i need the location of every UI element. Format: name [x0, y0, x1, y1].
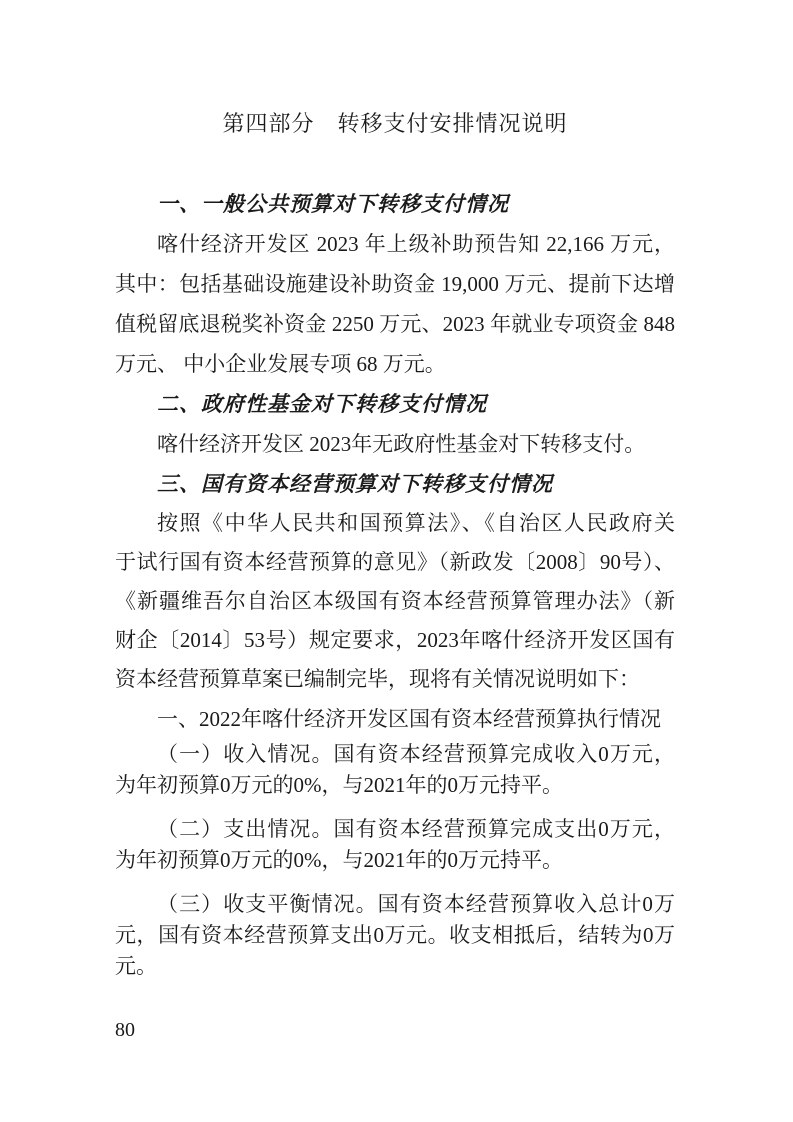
text-line: 其中：包括基础设施建设补助资金 19,000 万元、提前下达增 — [115, 264, 675, 304]
page-number: 80 — [115, 1018, 135, 1042]
paragraph-government-fund: 喀什经济开发区 2023年无政府性基金对下转移支付。 — [115, 424, 675, 464]
text-line: 资本经营预算草案已编制完毕，现将有关情况说明如下： — [115, 660, 675, 699]
text-line: 一、2022年喀什经济开发区国有资本经营预算执行情况 — [115, 699, 675, 739]
text-line: 万元、 中小企业发展专项 68 万元。 — [115, 344, 675, 384]
text-line: 元。 — [115, 951, 675, 982]
paragraph-state-capital-basis: 按照《中华人民共和国预算法》、《自治区人民政府关 于试行国有资本经营预算的意见》… — [115, 504, 675, 699]
text-line: （二）支出情况。国有资本经营预算完成支出0万元， — [115, 814, 675, 845]
paragraph-2022-execution-heading: 一、2022年喀什经济开发区国有资本经营预算执行情况 — [115, 699, 675, 739]
paragraph-general-public-budget: 喀什经济开发区 2023 年上级补助预告知 22,166 万元， 其中：包括基础… — [115, 224, 675, 384]
text-line: （一）收入情况。国有资本经营预算完成收入0万元， — [115, 739, 675, 770]
paragraph-balance-situation: （三）收支平衡情况。国有资本经营预算收入总计0万 元，国有资本经营预算支出0万元… — [115, 889, 675, 982]
heading-general-public-budget-transfer: 一、一般公共预算对下转移支付情况 — [115, 184, 675, 224]
document-page: 第四部分 转移支付安排情况说明 一、一般公共预算对下转移支付情况 喀什经济开发区… — [0, 0, 793, 1122]
document-title: 第四部分 转移支付安排情况说明 — [115, 110, 675, 140]
heading-government-fund-transfer: 二、政府性基金对下转移支付情况 — [115, 384, 675, 424]
text-line: 按照《中华人民共和国预算法》、《自治区人民政府关 — [115, 504, 675, 543]
text-line: 元，国有资本经营预算支出0万元。收支相抵后，结转为0万 — [115, 920, 675, 951]
text-line: 值税留底退税奖补资金 2250 万元、2023 年就业专项资金 848 — [115, 304, 675, 344]
text-line: 为年初预算0万元的0%，与2021年的0万元持平。 — [115, 845, 675, 876]
paragraph-income-situation: （一）收入情况。国有资本经营预算完成收入0万元， 为年初预算0万元的0%，与20… — [115, 739, 675, 801]
text-line: 为年初预算0万元的0%，与2021年的0万元持平。 — [115, 770, 675, 801]
text-line: 于试行国有资本经营预算的意见》（新政发〔2008〕90号）、 — [115, 543, 675, 582]
text-line: （三）收支平衡情况。国有资本经营预算收入总计0万 — [115, 889, 675, 920]
paragraph-expenditure-situation: （二）支出情况。国有资本经营预算完成支出0万元， 为年初预算0万元的0%，与20… — [115, 814, 675, 876]
document-content: 第四部分 转移支付安排情况说明 一、一般公共预算对下转移支付情况 喀什经济开发区… — [115, 0, 675, 982]
text-line: 《新疆维吾尔自治区本级国有资本经营预算管理办法》（新 — [115, 582, 675, 621]
text-line: 喀什经济开发区 2023年无政府性基金对下转移支付。 — [115, 424, 675, 464]
text-line: 财企〔2014〕53号）规定要求，2023年喀什经济开发区国有 — [115, 621, 675, 660]
text-line: 喀什经济开发区 2023 年上级补助预告知 22,166 万元， — [115, 224, 675, 264]
heading-state-capital-budget-transfer: 三、国有资本经营预算对下转移支付情况 — [115, 464, 675, 504]
